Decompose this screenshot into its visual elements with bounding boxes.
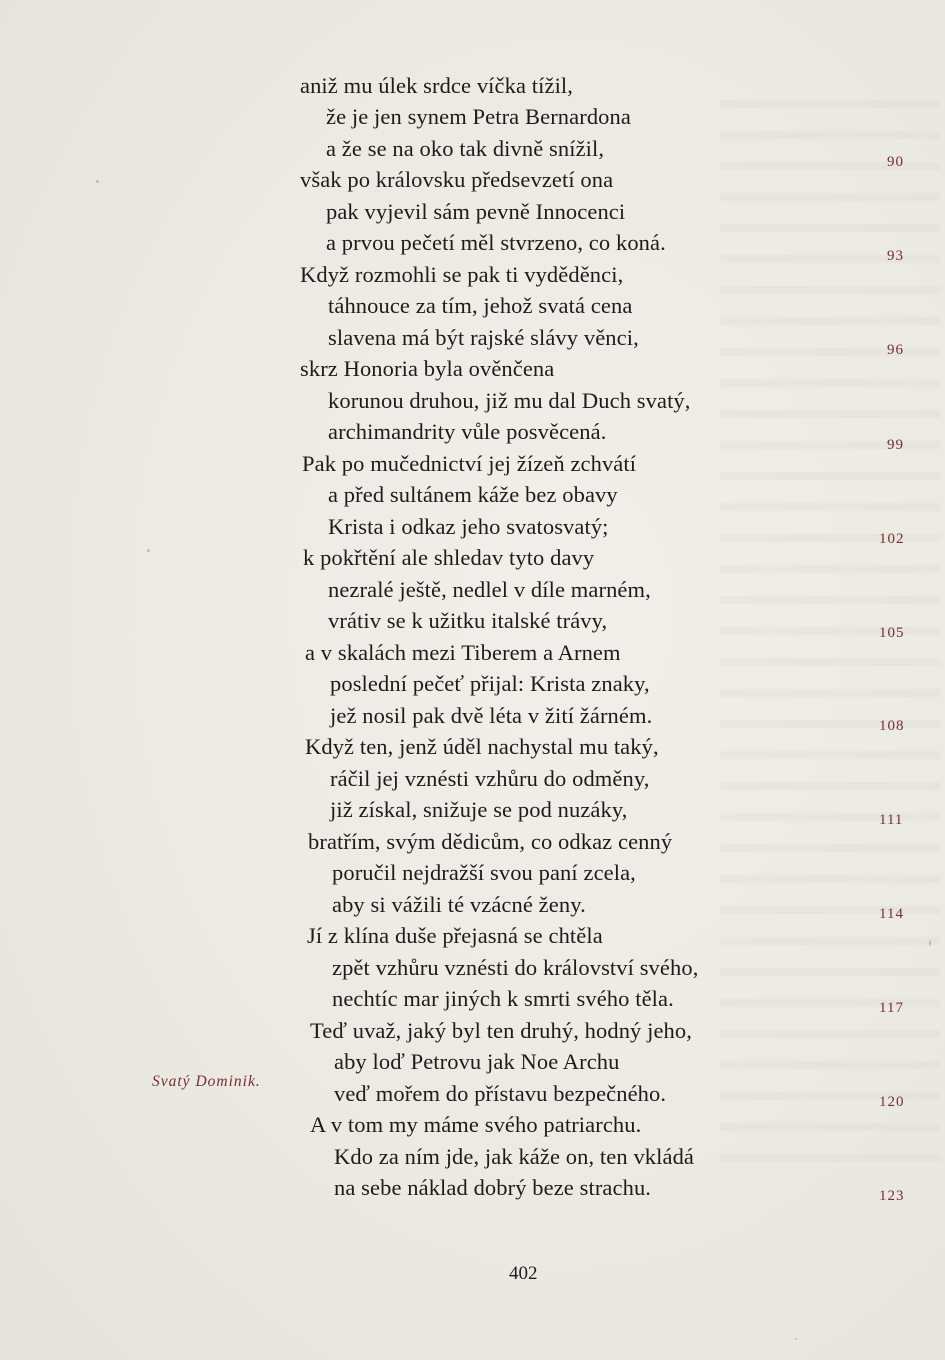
verse-line: vrátiv se k užitku italské trávy, [328,605,607,636]
verse-line: Když rozmohli se pak ti vyděděnci, [300,259,623,290]
verse-line: a prvou pečetí měl stvrzeno, co koná. [326,227,666,258]
verse-line: skrz Honoria byla ověnčena [300,353,554,384]
margin-note: Svatý Dominik. [152,1073,261,1091]
verse-line: a před sultánem káže bez obavy [328,479,618,510]
verse-line: aby loď Petrovu jak Noe Archu [334,1046,620,1077]
line-number: 93 [887,248,937,265]
verse-line: Krista i odkaz jeho svatosvatý; [328,511,609,542]
line-number: 117 [879,1000,929,1017]
paper-speck [96,180,99,183]
verse-line: poslední pečeť přijal: Krista znaky, [330,668,650,699]
paper-speck [147,549,150,552]
line-number: 90 [887,154,937,171]
verse-line: korunou druhou, již mu dal Duch svatý, [328,385,691,416]
verse-line: Když ten, jenž úděl nachystal mu taký, [305,731,659,762]
verse-line: a že se na oko tak divně snížil, [326,133,604,164]
verse-line: slavena má být rajské slávy věnci, [328,322,639,353]
verse-line: jež nosil pak dvě léta v žití žárném. [330,700,652,731]
line-number: 99 [887,437,937,454]
verse-line: Pak po mučednictví jej žízeň zchvátí [302,448,636,479]
verse-line: nezralé ještě, nedlel v díle marném, [328,574,651,605]
verse-line: k pokřtění ale shledav tyto davy [303,542,594,573]
verse-line: ráčil jej vznésti vzhůru do odměny, [330,763,649,794]
verse-line: archimandrity vůle posvěcená. [328,416,606,447]
verse-line: Jí z klína duše přejasná se chtěla [307,920,603,951]
verse-line: na sebe náklad dobrý beze strachu. [334,1172,651,1203]
verse-line: že je jen synem Petra Bernardona [326,101,631,132]
paper-speck [929,940,931,946]
line-number: 105 [879,625,929,642]
page-number: 402 [509,1263,538,1285]
verse-line: pak vyjevil sám pevně Innocenci [326,196,625,227]
verse-line: veď mořem do přístavu bezpečného. [334,1078,666,1109]
line-number: 96 [887,342,937,359]
verse-line: zpět vzhůru vznésti do království svého, [332,952,698,983]
verse-line: Kdo za ním jde, jak káže on, ten vkládá [334,1141,694,1172]
book-page: aniž mu úlek srdce víčka tížil,že je jen… [0,0,945,1360]
paper-speck [795,1338,797,1340]
verse-line: aby si vážili té vzácné ženy. [332,889,586,920]
verse-line: poručil nejdražší svou paní zcela, [332,857,636,888]
line-number: 108 [879,718,929,735]
verse-line: bratřím, svým dědicům, co odkaz cenný [308,826,672,857]
line-number: 111 [879,812,929,829]
line-number: 114 [879,906,929,923]
verse-line: a v skalách mezi Tiberem a Arnem [305,637,621,668]
verse-line: nechtíc mar jiných k smrti svého těla. [332,983,674,1014]
line-number: 102 [879,531,929,548]
verse-line: A v tom my máme svého patriarchu. [310,1109,641,1140]
verse-line: Teď uvaž, jaký byl ten druhý, hodný jeho… [310,1015,692,1046]
verse-line: však po královsku předsevzetí ona [300,164,613,195]
verse-line: aniž mu úlek srdce víčka tížil, [300,70,573,101]
verse-line: již získal, snižuje se pod nuzáky, [330,794,627,825]
line-number: 123 [879,1188,929,1205]
line-number: 120 [879,1094,929,1111]
verse-line: táhnouce za tím, jehož svatá cena [328,290,632,321]
